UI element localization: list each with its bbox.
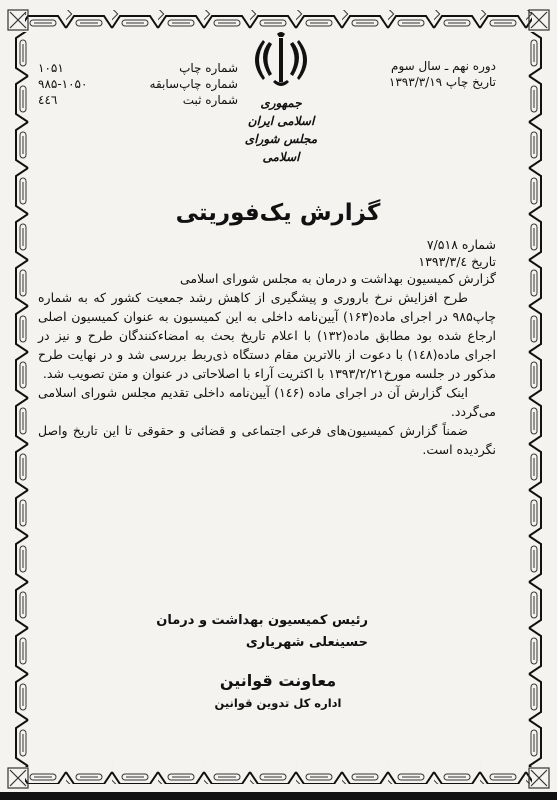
signature-block: رئیس کمیسیون بهداشت و درمان حسینعلی شهری… (156, 610, 368, 654)
report-date: تاریخ ۱۳۹۳/۳/٤ (180, 253, 496, 270)
previous-print-number-row: شماره چاپ‌سابقه ۹۸۵-۱۰۵۰ (38, 76, 238, 92)
document-content: شماره چاپ ۱۰۵۱ شماره چاپ‌سابقه ۹۸۵-۱۰۵۰ … (38, 0, 518, 790)
report-number: شماره ۷/۵۱۸ (180, 236, 496, 253)
print-number-row: شماره چاپ ۱۰۵۱ (38, 60, 238, 76)
body-paragraph-3: ضمناً گزارش کمیسیون‌های فرعی اجتماعی و ق… (38, 421, 496, 459)
print-date: تاریخ چاپ ۱۳۹۳/۳/۱۹ (389, 74, 496, 90)
previous-print-number-value: ۹۸۵-۱۰۵۰ (38, 76, 87, 92)
emblem-block: جمهوری اسلامی ایران مجلس شورای اسلامی (241, 32, 321, 166)
office-name: اداره کل تدوین قوانین (38, 694, 518, 712)
emblem-country-name: جمهوری اسلامی ایران (241, 94, 321, 130)
body-paragraph-2: اینک گزارش آن در اجرای ماده (۱٤۶) آیین‌ن… (38, 383, 496, 421)
document-page: شماره چاپ ۱۰۵۱ شماره چاپ‌سابقه ۹۸۵-۱۰۵۰ … (0, 0, 557, 800)
body-paragraph-1: طرح افزایش نرخ باروری و پیشگیری از کاهش … (38, 288, 496, 383)
department-name: معاونت قوانین (38, 668, 518, 694)
signatory-name: حسینعلی شهریاری (156, 632, 368, 654)
signatory-role: رئیس کمیسیون بهداشت و درمان (156, 610, 368, 632)
registration-number-row: شماره ثبت ٤٤٦ (38, 92, 238, 108)
print-number-value: ۱۰۵۱ (38, 60, 64, 76)
print-number-label: شماره چاپ (179, 60, 238, 76)
previous-print-number-label: شماره چاپ‌سابقه (150, 76, 238, 92)
term-info-block: دوره نهم ـ سال سوم تاریخ چاپ ۱۳۹۳/۳/۱۹ (389, 58, 496, 90)
footer-block: معاونت قوانین اداره کل تدوین قوانین (38, 668, 518, 712)
print-info-block: شماره چاپ ۱۰۵۱ شماره چاپ‌سابقه ۹۸۵-۱۰۵۰ … (38, 60, 238, 108)
page-title: گزارش یک‌فوریتی (38, 200, 518, 226)
report-recipient: گزارش کمیسیون بهداشت و درمان به مجلس شور… (180, 270, 496, 287)
term-label: دوره نهم ـ سال سوم (389, 58, 496, 74)
scan-edge (0, 792, 557, 800)
report-body: طرح افزایش نرخ باروری و پیشگیری از کاهش … (38, 288, 496, 459)
registration-number-label: شماره ثبت (183, 92, 238, 108)
report-meta: شماره ۷/۵۱۸ تاریخ ۱۳۹۳/۳/٤ گزارش کمیسیون… (180, 236, 496, 287)
registration-number-value: ٤٤٦ (38, 92, 57, 108)
iran-emblem-icon (255, 32, 307, 90)
emblem-parliament-name: مجلس شورای اسلامی (241, 130, 321, 166)
